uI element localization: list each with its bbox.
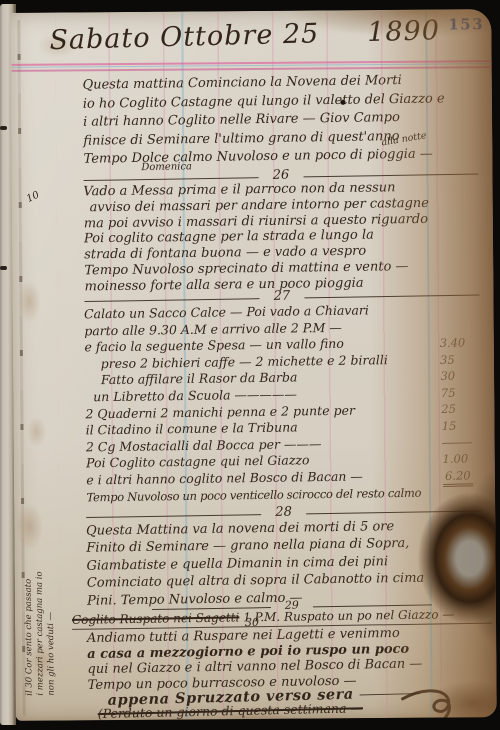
ink-flourish bbox=[401, 684, 457, 720]
expense-amount: 25 bbox=[441, 400, 497, 418]
expense-amount: 75 bbox=[441, 383, 497, 401]
day-number: 28 bbox=[261, 504, 306, 520]
expense-amount: 35 bbox=[440, 350, 497, 368]
edge-ink-mark bbox=[0, 126, 7, 130]
day-number-30: 30 bbox=[245, 616, 259, 629]
weekday-label: Domenica bbox=[141, 161, 192, 173]
entry-oct-25: Questa mattina Cominciano la Novena dei … bbox=[82, 71, 483, 170]
entry-date-heading: Sabato Ottobre 25 1890 bbox=[49, 15, 450, 56]
expense-amount: 1.00 bbox=[442, 433, 497, 468]
day-number: 27 bbox=[260, 288, 305, 304]
expense-amount-column: 3.40 35 30 75 25 15 1.00 6.20 bbox=[439, 334, 496, 488]
date-text: Sabato Ottobre 25 bbox=[49, 18, 320, 56]
expense-amount: 15 bbox=[442, 417, 497, 435]
year-text: 1890 bbox=[367, 15, 440, 48]
edge-ink-mark bbox=[0, 266, 7, 270]
diary-line: 1 P.M. Ruspato un po nel Giazzo — bbox=[243, 607, 454, 624]
expense-total: 6.20 bbox=[443, 467, 473, 487]
page-number: 153 bbox=[448, 15, 484, 33]
entry-oct-30: Andiamo tutti a Ruspare nei Lagetti e ve… bbox=[87, 624, 488, 693]
diary-page: 153 Sabato Ottobre 25 1890 Questa mattin… bbox=[10, 9, 497, 721]
entry-oct-27: Calato un Sacco Calce — Poi vado a Chiav… bbox=[84, 302, 437, 506]
margin-mark: 10 bbox=[25, 190, 41, 205]
entry-oct-26: Vado a Messa prima e il parroco non da n… bbox=[83, 179, 484, 295]
margin-vertical-note: il 30 Cor sento che passato i mezzari pe… bbox=[23, 519, 64, 695]
entry-oct-28: Questa Mattina va la novena dei morti di… bbox=[86, 517, 487, 610]
struck-text: Coglito Ruspato nei Sagetti bbox=[72, 610, 240, 626]
expense-amount: 30 bbox=[440, 367, 496, 385]
expense-amount: 3.40 bbox=[439, 334, 496, 352]
